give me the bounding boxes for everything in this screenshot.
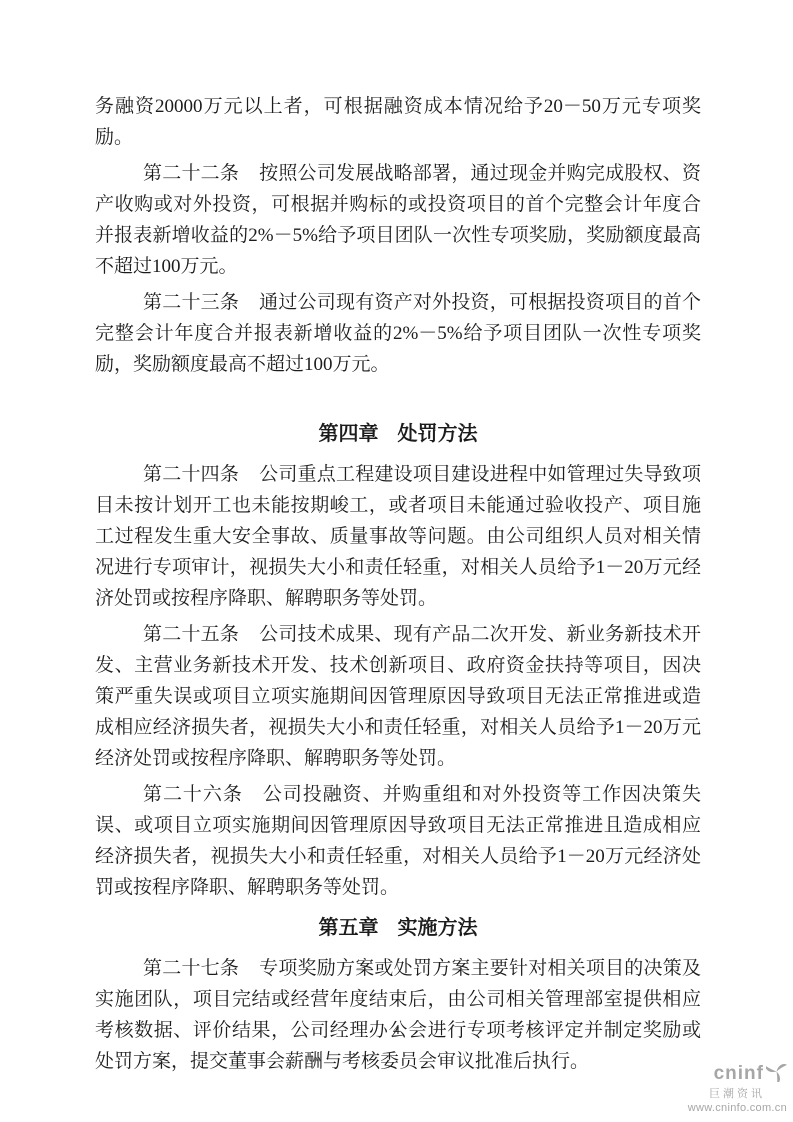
page-number: 4 <box>0 1022 793 1040</box>
document-body: 务融资20000万元以上者，可根据融资成本情况给予20－50万元专项奖励。 第二… <box>95 91 701 1082</box>
chapter-5-title: 实施方法 <box>398 917 478 939</box>
article-22-number: 第二十二条 <box>143 163 239 184</box>
document-page: 务融资20000万元以上者，可根据融资成本情况给予20－50万元专项奖励。 第二… <box>0 0 793 1122</box>
article-27-number: 第二十七条 <box>143 958 239 979</box>
article-25-paragraph: 第二十五条公司技术成果、现有产品二次开发、新业务新技术开发、主营业务新技术开发、… <box>95 619 701 774</box>
cninfo-brand-text: cninf <box>714 1064 764 1085</box>
article-24-number: 第二十四条 <box>143 464 239 485</box>
paragraph-continuation: 务融资20000万元以上者，可根据融资成本情况给予20－50万元专项奖励。 <box>95 91 701 153</box>
article-24-paragraph: 第二十四条公司重点工程建设项目建设进程中如管理过失导致项目未按计划开工也未能按期… <box>95 459 701 614</box>
article-26-paragraph: 第二十六条公司投融资、并购重组和对外投资等工作因决策失误、或项目立项实施期间因管… <box>95 779 701 903</box>
cninfo-logo: cninf 巨潮资讯 www.cninfo.com.cn <box>688 1061 787 1114</box>
article-27-paragraph: 第二十七条专项奖励方案或处罚方案主要针对相关项目的决策及实施团队，项目完结或经营… <box>95 953 701 1077</box>
article-23-paragraph: 第二十三条通过公司现有资产对外投资，可根据投资项目的首个完整会计年度合并报表新增… <box>95 287 701 380</box>
article-24-text: 公司重点工程建设项目建设进程中如管理过失导致项目未按计划开工也未能按期峻工，或者… <box>95 464 701 609</box>
chapter-5-heading: 第五章实施方法 <box>95 913 701 944</box>
cninfo-url: www.cninfo.com.cn <box>688 1102 787 1114</box>
chapter-4-heading: 第四章处罚方法 <box>95 419 701 450</box>
article-26-number: 第二十六条 <box>143 784 243 805</box>
cninfo-brand-row: cninf <box>714 1061 787 1087</box>
article-25-number: 第二十五条 <box>143 624 239 645</box>
article-25-text: 公司技术成果、现有产品二次开发、新业务新技术开发、主营业务新技术开发、技术创新项… <box>95 624 701 769</box>
chapter-4-number: 第四章 <box>319 423 379 445</box>
chapter-5-number: 第五章 <box>319 917 379 939</box>
cninfo-chinese-name: 巨潮资讯 <box>709 1088 765 1100</box>
article-22-paragraph: 第二十二条按照公司发展战略部署，通过现金并购完成股权、资产收购或对外投资，可根据… <box>95 158 701 282</box>
chapter-4-title: 处罚方法 <box>398 423 478 445</box>
article-23-number: 第二十三条 <box>143 292 239 313</box>
cninfo-swirl-icon <box>766 1061 787 1087</box>
